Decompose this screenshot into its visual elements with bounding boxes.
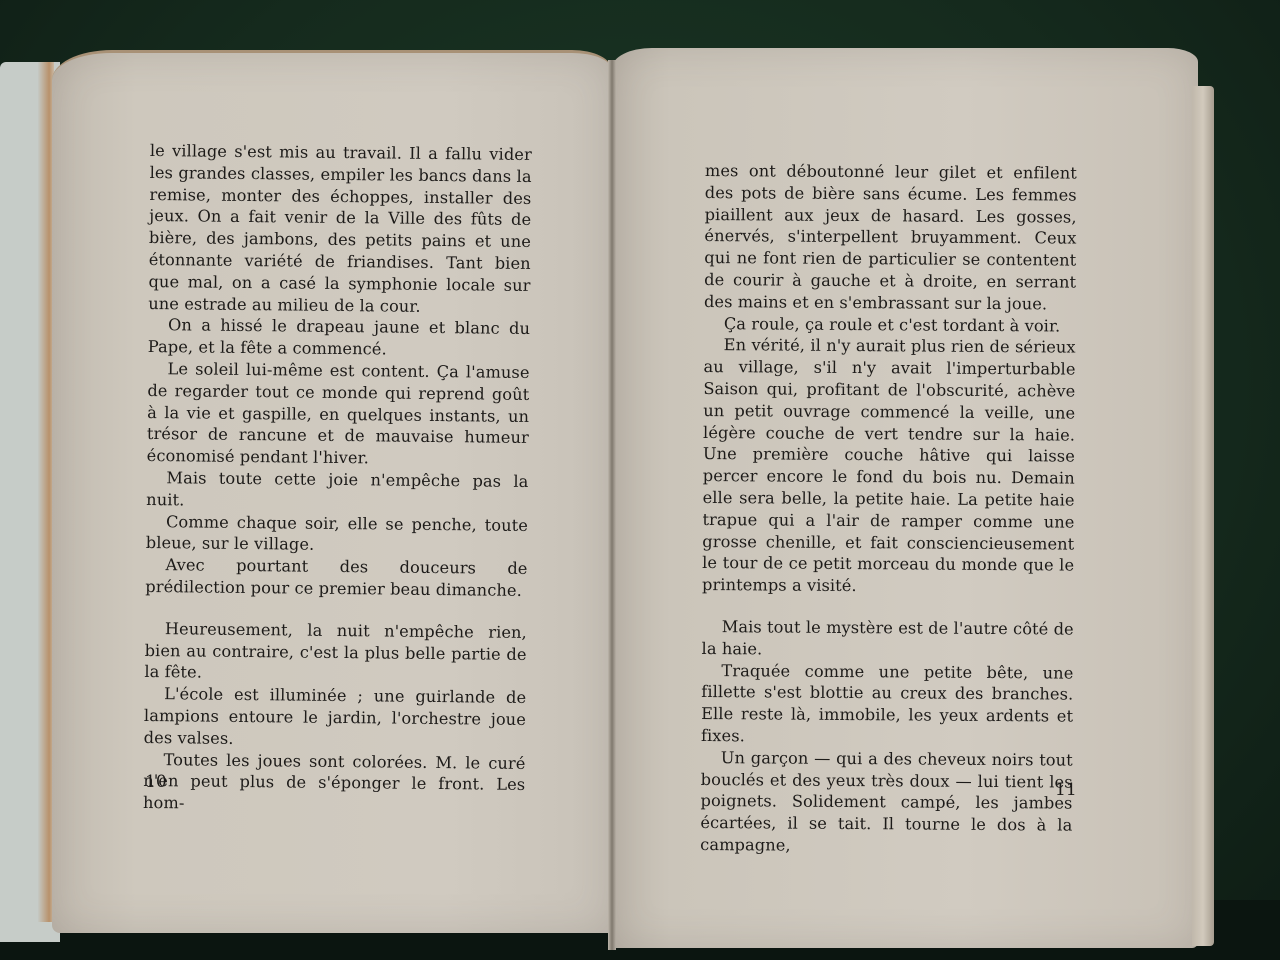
paragraph: L'école est illuminée ; une guirlande de… <box>144 683 527 752</box>
page-number-right: 11 <box>1055 780 1077 800</box>
paragraph: Ça roule, ça roule et c'est tordant à vo… <box>704 313 1076 337</box>
paragraph: Le soleil lui-même est content. Ça l'amu… <box>147 358 530 471</box>
paragraph: mes ont déboutonné leur gilet et enfilen… <box>704 160 1077 315</box>
paragraph: le village s'est mis au travail. Il a fa… <box>148 140 532 318</box>
paragraph: Toutes les joues sont colorées. M. le cu… <box>143 748 526 817</box>
page-edge-right <box>1192 86 1214 946</box>
right-page-text: mes ont déboutonné leur gilet et enfilen… <box>700 160 1077 858</box>
paragraph: Mais toute cette joie n'empêche pas la n… <box>146 467 528 515</box>
paragraph: Traquée comme une petite bête, une fille… <box>701 660 1074 750</box>
left-page-text: le village s'est mis au travail. Il a fa… <box>143 140 532 818</box>
paragraph: Heureusement, la nuit n'empêche rien, bi… <box>144 618 527 687</box>
book-gutter <box>608 60 616 950</box>
paragraph: Un garçon — qui a des cheveux noirs tout… <box>700 747 1073 859</box>
paragraph: Avec pourtant des douceurs de prédilecti… <box>145 554 527 602</box>
page-number-left: 10 <box>145 772 167 792</box>
paragraph: Comme chaque soir, elle se penche, toute… <box>146 511 528 559</box>
paragraph: En vérité, il n'y aurait plus rien de sé… <box>702 334 1076 598</box>
paragraph: On a hissé le drapeau jaune et blanc du … <box>148 314 530 362</box>
paragraph: Mais tout le mystère est de l'autre côté… <box>702 616 1074 662</box>
